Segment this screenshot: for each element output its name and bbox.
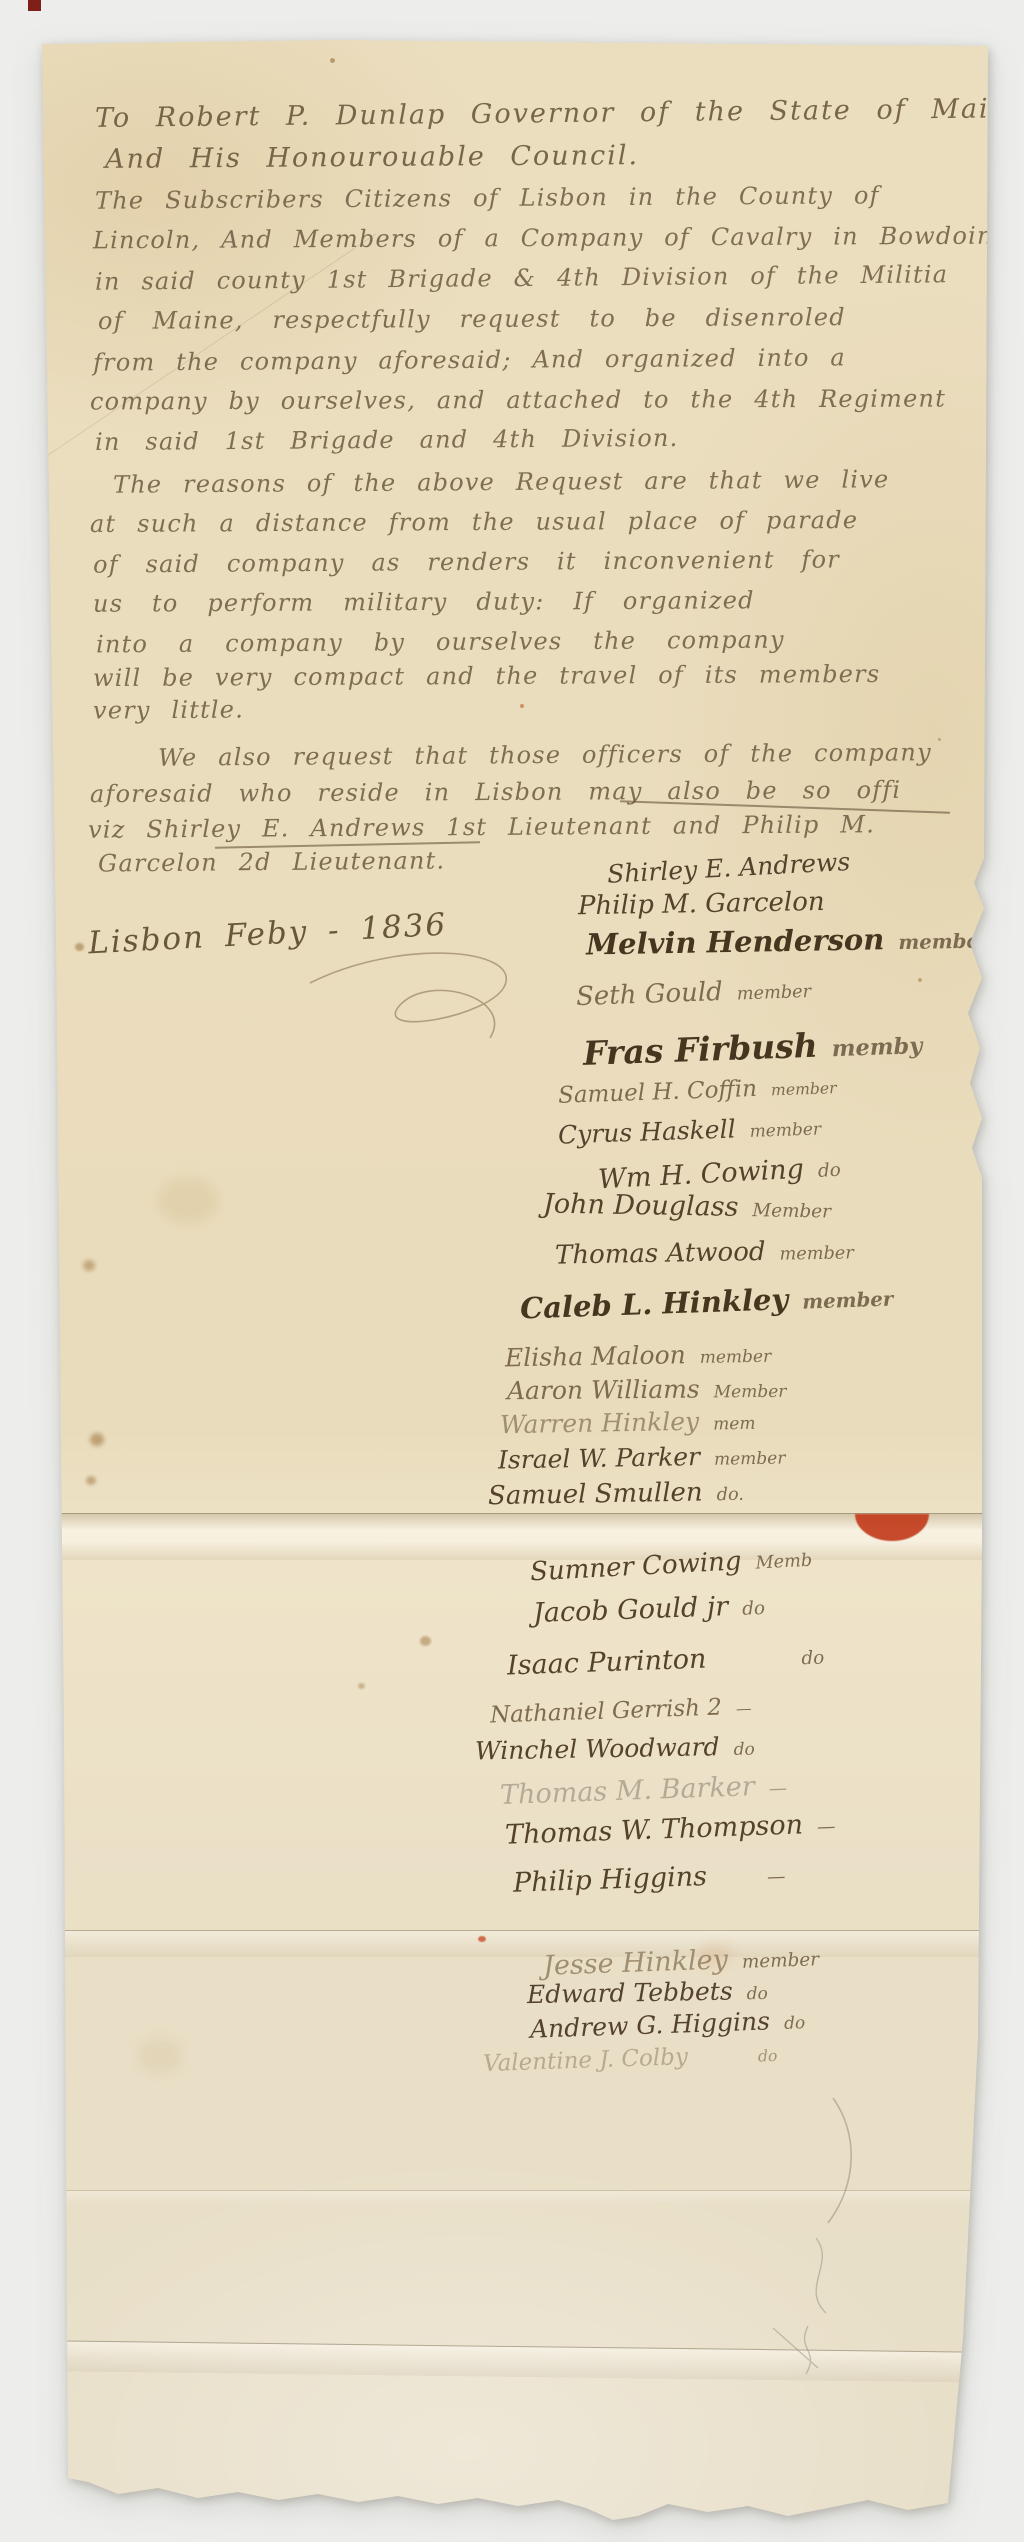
signature: Philip Higgins— <box>513 1858 786 1898</box>
signature: Seth Gouldmember <box>576 974 812 1012</box>
signature-note: — <box>767 1866 786 1888</box>
signature: Philip M. Garcelon <box>578 887 839 922</box>
signature: Valentine J. Colbydo <box>483 2041 778 2077</box>
letter-line: The Subscribers Citizens of Lisbon in th… <box>95 181 880 214</box>
stain <box>520 704 524 708</box>
signature-note: member <box>771 1078 837 1099</box>
signature-name: Elisha Maloon <box>505 1340 686 1372</box>
scanned-document: To Robert P. Dunlap Governor of the Stat… <box>0 0 1024 2542</box>
signature-name: Valentine J. Colby <box>483 2044 689 2077</box>
stain <box>83 1260 95 1271</box>
letter-line: Lincoln, And Members of a Company of Cav… <box>93 222 994 255</box>
signature-name: Seth Gould <box>576 977 724 1012</box>
stain <box>358 1683 365 1689</box>
letter-line: at such a distance from the usual place … <box>90 506 858 538</box>
signature-note: Memb <box>755 1551 813 1574</box>
signature: Thomas Atwoodmember <box>555 1235 854 1270</box>
signature-note: do <box>758 2046 778 2066</box>
letter-line: We also request that those officers of t… <box>158 738 932 771</box>
signature-note: do <box>742 1598 766 1620</box>
signature: Samuel Smullendo. <box>488 1477 744 1511</box>
document-paper: To Robert P. Dunlap Governor of the Stat… <box>38 38 990 2522</box>
signature: Warren Hinkleymem <box>500 1406 756 1439</box>
letter-line: will be very compact and the travel of i… <box>93 660 880 692</box>
signature-name: John Douglass <box>543 1188 739 1222</box>
signature: Fras Firbushmemby <box>582 1022 922 1073</box>
signature-name: Warren Hinkley <box>500 1407 700 1439</box>
signature-name: Samuel H. Coffin <box>558 1076 758 1109</box>
letter-line: viz Shirley E. Andrews 1st Lieutenant an… <box>88 810 875 843</box>
signature: Melvin Hendersonmember <box>586 920 990 961</box>
signature-note: do <box>801 1647 825 1669</box>
signature-note: member <box>802 1286 894 1313</box>
signature: Edward Tebbetsdo <box>527 1976 768 2009</box>
ink-flourish <box>280 943 560 1053</box>
signature: Israel W. Parkermember <box>498 1440 786 1474</box>
signature-name: Edward Tebbets <box>527 1977 733 2010</box>
stain <box>918 978 922 982</box>
letter-line: of said company as renders it inconvenie… <box>93 545 840 578</box>
signature-note: member <box>737 982 812 1005</box>
letter-line: Garcelon 2d Lieutenant. <box>98 846 446 877</box>
signature: Cyrus Haskellmember <box>558 1111 822 1149</box>
letter-line: company by ourselves, and attached to th… <box>90 385 946 416</box>
letter-line: aforesaid who reside in Lisbon may also … <box>90 776 901 808</box>
signature-note: mem <box>713 1414 756 1435</box>
signature-name: Andrew G. Higgins <box>530 2006 771 2043</box>
stain <box>138 2038 182 2074</box>
stain <box>330 58 335 63</box>
signature-note: memby <box>831 1033 922 1062</box>
signature-note: Member <box>714 1382 787 1403</box>
fold-crease <box>38 1513 990 1560</box>
signature: Elisha Maloonmember <box>505 1339 772 1373</box>
signature-note: member <box>700 1347 772 1368</box>
letter-line: in said 1st Brigade and 4th Division. <box>95 424 679 456</box>
pencil-flourish <box>728 2078 878 2378</box>
letter-line: very little. <box>93 695 244 724</box>
signature-name: Nathaniel Gerrish 2 <box>490 1694 723 1728</box>
signature: Nathaniel Gerrish 2— <box>490 1693 752 1728</box>
letter-line: The reasons of the above Request are tha… <box>113 465 890 498</box>
signature-name: Thomas Atwood <box>555 1237 766 1271</box>
signature-name: Caleb L. Hinkley <box>520 1282 789 1325</box>
signature-note: Member <box>752 1200 831 1222</box>
signature-name: Philip Higgins <box>513 1861 708 1899</box>
stain <box>86 1476 96 1485</box>
signature-note: — <box>768 1778 787 1800</box>
letter-salutation-line: And His Honourouable Council. <box>105 140 639 175</box>
signature-name: Isaac Purinton <box>507 1644 707 1682</box>
letter-line: into a company by ourselves the company <box>96 626 785 659</box>
red-wax-dot <box>478 1936 486 1942</box>
signature-name: Thomas W. Thompson <box>505 1809 804 1850</box>
signature-note: do <box>784 2013 806 2034</box>
signature: Aaron WilliamsMember <box>507 1374 787 1405</box>
signature: Caleb L. Hinkleymember <box>520 1278 894 1325</box>
signature-note: do <box>747 1984 768 2004</box>
signature-name: Thomas M. Barker <box>500 1771 756 1811</box>
signature: Wm H. Cowingdo <box>597 1152 841 1196</box>
stain <box>75 943 84 951</box>
signature-note: member <box>749 1119 821 1141</box>
signature-name: Winchel Woodward <box>475 1732 720 1765</box>
letter-line: of Maine, respectfully request to be dis… <box>98 303 846 335</box>
signature-name: Shirley E. Andrews <box>606 847 850 889</box>
signature-note: member <box>779 1243 854 1264</box>
signature: Winchel Woodwarddo <box>475 1732 755 1766</box>
fold-crease <box>38 1930 990 1957</box>
signature: John DouglassMember <box>543 1188 831 1224</box>
signature-note: do. <box>717 1485 745 1505</box>
signature-note: — <box>736 1698 752 1718</box>
paper-sheet: To Robert P. Dunlap Governor of the Stat… <box>38 38 990 2522</box>
signature-note: member <box>714 1448 786 1469</box>
letter-salutation-line: To Robert P. Dunlap Governor of the Stat… <box>95 93 1024 134</box>
signature-name: Philip M. Garcelon <box>578 887 825 921</box>
signature-name: Aaron Williams <box>507 1375 700 1406</box>
signature: Samuel H. Coffinmember <box>558 1073 837 1109</box>
signature-note: do <box>817 1160 841 1182</box>
stain <box>158 1178 218 1224</box>
signature: Shirley E. Andrews <box>606 846 864 888</box>
signature-note: member <box>742 1949 820 1973</box>
signature-name: Fras Firbush <box>582 1026 818 1073</box>
signature: Jacob Gould jrdo <box>533 1590 766 1629</box>
signature: Isaac Purintondo <box>507 1639 825 1681</box>
stain <box>698 1943 732 1967</box>
signature: Andrew G. Higginsdo <box>530 2005 806 2044</box>
stain <box>90 1433 104 1446</box>
signature-note: — <box>817 1816 836 1838</box>
signature-note: do <box>733 1740 754 1760</box>
letter-line: us to perform military duty: If organize… <box>93 586 755 617</box>
letter-line: in said county 1st Brigade & 4th Divisio… <box>95 260 948 295</box>
signature-note: member <box>898 928 989 954</box>
signature-name: Jacob Gould jr <box>533 1591 729 1629</box>
signature-name: Cyrus Haskell <box>558 1114 736 1149</box>
signature-note <box>864 854 865 874</box>
signature-name: Samuel Smullen <box>488 1477 703 1511</box>
stain <box>420 1636 431 1646</box>
signature: Thomas M. Barker— <box>500 1770 788 1811</box>
signature: Thomas W. Thompson— <box>505 1808 836 1851</box>
stain <box>938 738 941 741</box>
signature-name: Israel W. Parker <box>498 1442 700 1475</box>
signature-name: Melvin Henderson <box>586 922 885 961</box>
red-edge-mark <box>28 0 41 11</box>
